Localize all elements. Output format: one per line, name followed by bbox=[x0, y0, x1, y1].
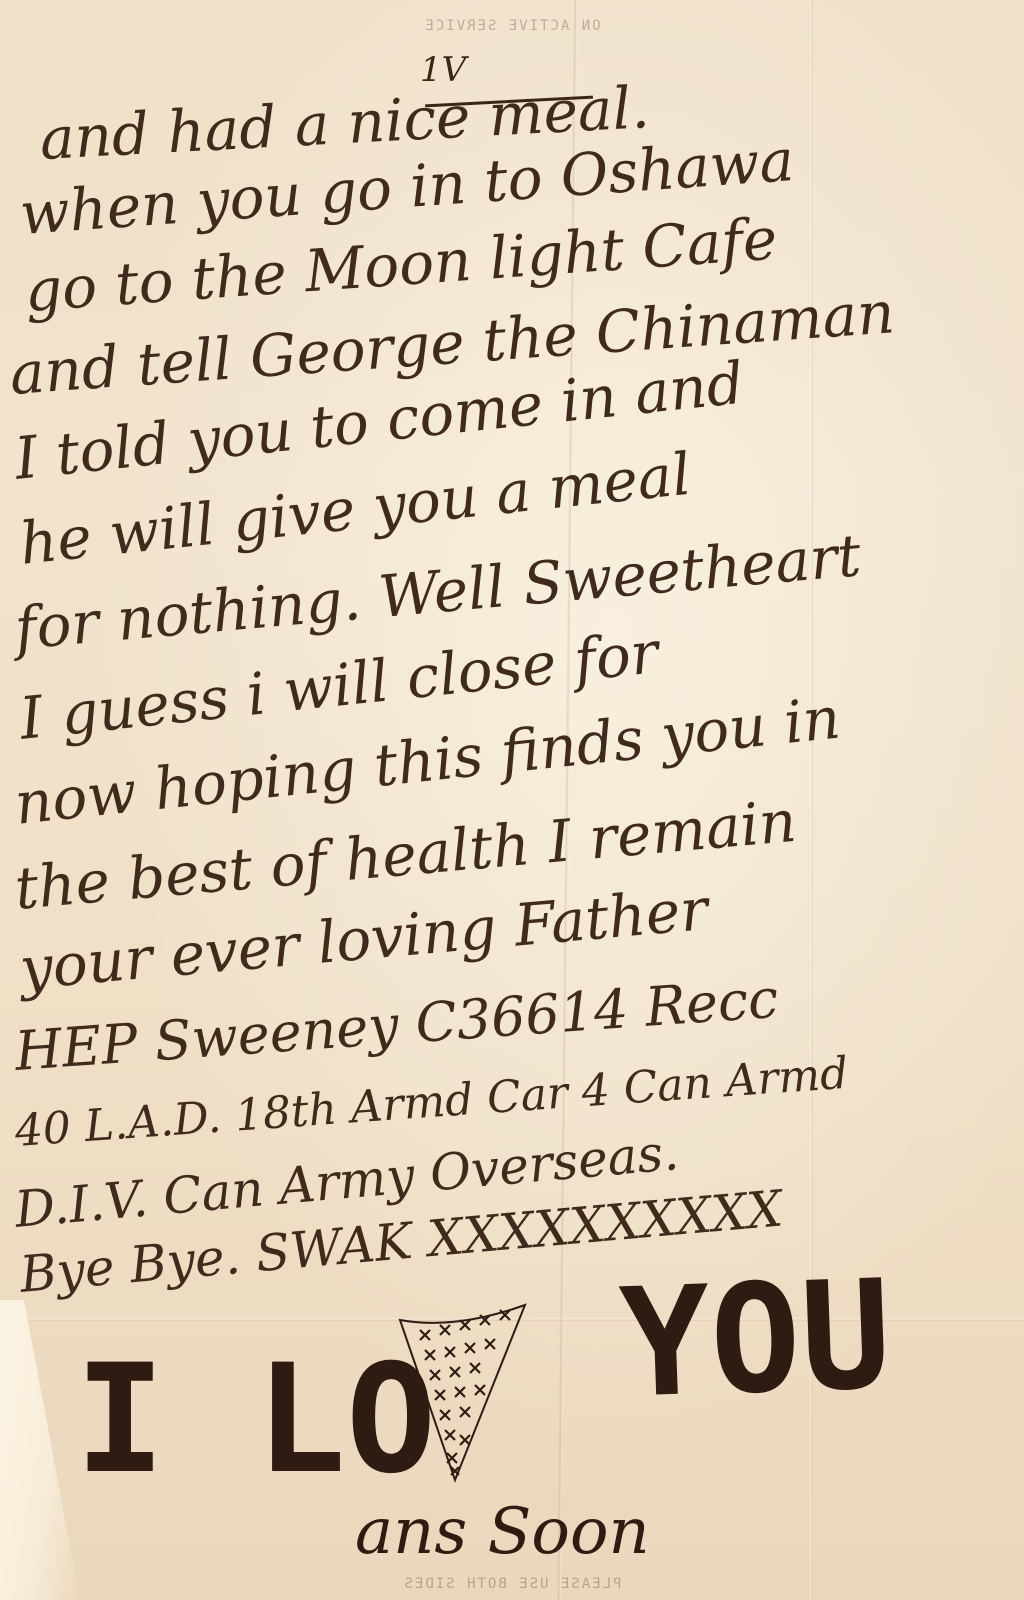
love-banner-right: YOU bbox=[617, 1260, 893, 1419]
printed-footer-mirrored: PLEASE USE BOTH SIDES bbox=[402, 1576, 621, 1592]
heart-kisses-icon bbox=[395, 1295, 530, 1485]
closing-ans-soon: ans Soon bbox=[355, 1495, 650, 1569]
love-banner-left: I LO bbox=[75, 1345, 436, 1495]
printed-header-mirrored: ON ACTIVE SERVICE bbox=[423, 18, 600, 34]
